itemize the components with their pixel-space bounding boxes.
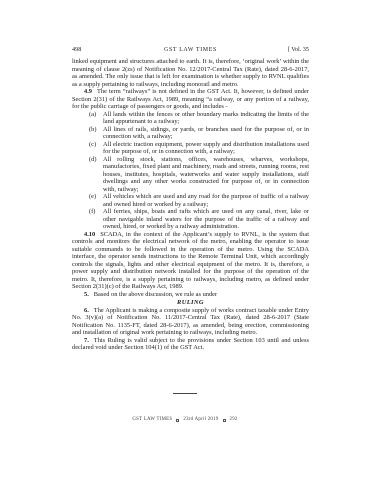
- list-item: (a)All lands within the fences or other …: [72, 111, 309, 126]
- paragraph: 6.The Applicant is making a composite su…: [72, 307, 309, 337]
- page-number: 498: [72, 46, 102, 53]
- list-item: (c)All electric traction equipment, powe…: [72, 141, 309, 156]
- document-page: 498 GST LAW TIMES [ Vol. 35 linked equip…: [0, 0, 370, 480]
- list-item-label: (a): [89, 111, 96, 119]
- paragraph-number: 7.: [84, 337, 94, 344]
- list-item-label: (d): [89, 156, 96, 164]
- paragraph-text: The term “railways” is not defined in th…: [72, 88, 309, 110]
- section-divider: [173, 393, 197, 394]
- paragraph: 4.10SCADA, in the context of the Applica…: [72, 231, 309, 291]
- paragraph-number: 4.9: [84, 88, 97, 95]
- list-item-label: (e): [89, 193, 96, 201]
- list-item: (d)All rolling stock, stations, offices,…: [72, 156, 309, 194]
- list-item-label: (f): [89, 208, 95, 216]
- paragraph-text: This Ruling is valid subject to the prov…: [72, 337, 309, 352]
- ruling-heading: RULING: [72, 299, 309, 307]
- list-item: (f)All ferries, ships, boats and rafts w…: [72, 208, 309, 231]
- list-item-label: (c): [89, 141, 96, 149]
- paragraph: 4.9The term “railways” is not defined in…: [72, 88, 309, 111]
- paragraph: linked equipment and structures attached…: [72, 58, 309, 88]
- list-item: (e)All vehicles which are used and any r…: [72, 193, 309, 208]
- paragraph-number: 6.: [84, 307, 94, 314]
- list-item-text: All vehicles which are used and any road…: [103, 193, 309, 208]
- paragraph-number: 5.: [84, 291, 94, 298]
- list-item: (b)All lines of rails, sidings, or yards…: [72, 126, 309, 141]
- list-item-text: All electric traction equipment, power s…: [103, 141, 309, 156]
- page-footer: GST LAW TIMES 23rd April 2019 292: [0, 417, 370, 423]
- paragraph-text: The Applicant is making a composite supp…: [72, 307, 309, 337]
- list-item-text: All ferries, ships, boats and rafts whic…: [103, 208, 309, 230]
- volume-label: [ Vol. 35: [279, 46, 309, 53]
- paragraph: 5.Based on the above discussion, we rule…: [72, 291, 309, 299]
- document-body: linked equipment and structures attached…: [72, 58, 309, 352]
- box-ornament-icon: [176, 419, 179, 422]
- list-item-text: All lines of rails, sidings, or yards, o…: [103, 126, 309, 141]
- list-item-text: All lands within the fences or other bou…: [103, 111, 309, 126]
- page-header: 498 GST LAW TIMES [ Vol. 35: [72, 46, 309, 54]
- paragraph-number: 4.10: [84, 231, 100, 238]
- footer-date: 23rd April 2019: [183, 417, 218, 423]
- footer-page-number: 292: [230, 417, 238, 423]
- journal-title: GST LAW TIMES: [102, 47, 279, 54]
- footer-journal: GST LAW TIMES: [132, 417, 172, 423]
- paragraph: 7.This Ruling is valid subject to the pr…: [72, 337, 309, 352]
- paragraph-text: linked equipment and structures attached…: [72, 58, 309, 88]
- box-ornament-icon: [223, 419, 226, 422]
- paragraph-text: SCADA, in the context of the Applicant’s…: [72, 231, 309, 291]
- list-item-text: All rolling stock, stations, offices, wa…: [103, 156, 309, 193]
- paragraph-text: Based on the above discussion, we rule a…: [94, 291, 217, 298]
- list-item-label: (b): [89, 126, 96, 134]
